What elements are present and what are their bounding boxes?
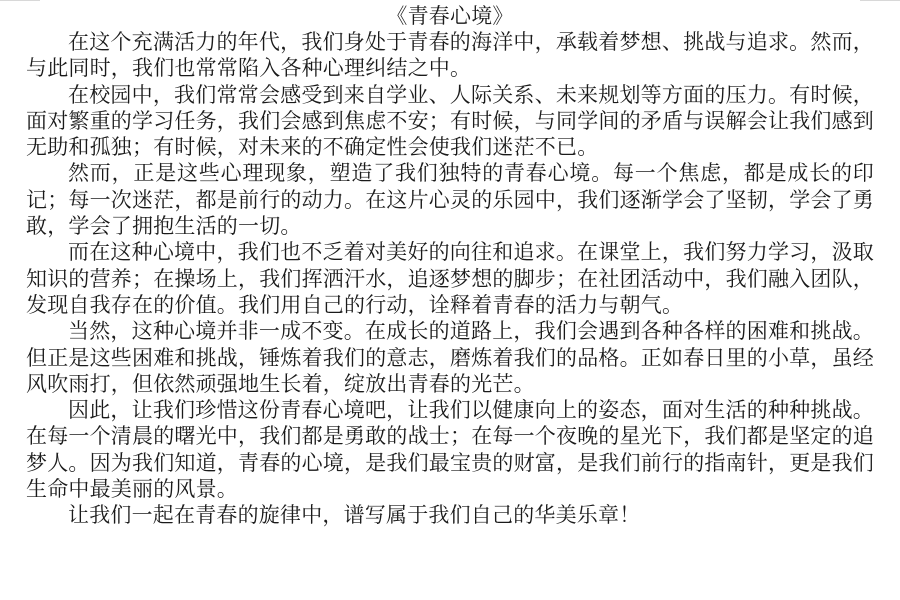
paragraph-6: 因此，让我们珍惜这份青春心境吧，让我们以健康向上的姿态，面对生活的种种挑战。在每… — [26, 397, 874, 502]
paragraph-1: 在这个充满活力的年代，我们身处于青春的海洋中，承载着梦想、挑战与追求。然而，与此… — [26, 29, 874, 82]
paragraph-7: 让我们一起在青春的旋律中，谱写属于我们自己的华美乐章！ — [26, 502, 874, 528]
page-border-fragment-left — [0, 0, 40, 1]
paragraph-2: 在校园中，我们常常会感受到来自学业、人际关系、未来规划等方面的压力。有时候，面对… — [26, 82, 874, 161]
paragraph-3: 然而，正是这些心理现象，塑造了我们独特的青春心境。每一个焦虑，都是成长的印记；每… — [26, 160, 874, 239]
paragraph-4: 而在这种心境中，我们也不乏着对美好的向往和追求。在课堂上，我们努力学习，汲取知识… — [26, 239, 874, 318]
page-border-fragment-right — [860, 0, 900, 1]
document-title: 《青春心境》 — [26, 3, 874, 29]
document-body: 《青春心境》 在这个充满活力的年代，我们身处于青春的海洋中，承载着梦想、挑战与追… — [26, 3, 874, 529]
paragraph-5: 当然，这种心境并非一成不变。在成长的道路上，我们会遇到各种各样的困难和挑战。但正… — [26, 318, 874, 397]
